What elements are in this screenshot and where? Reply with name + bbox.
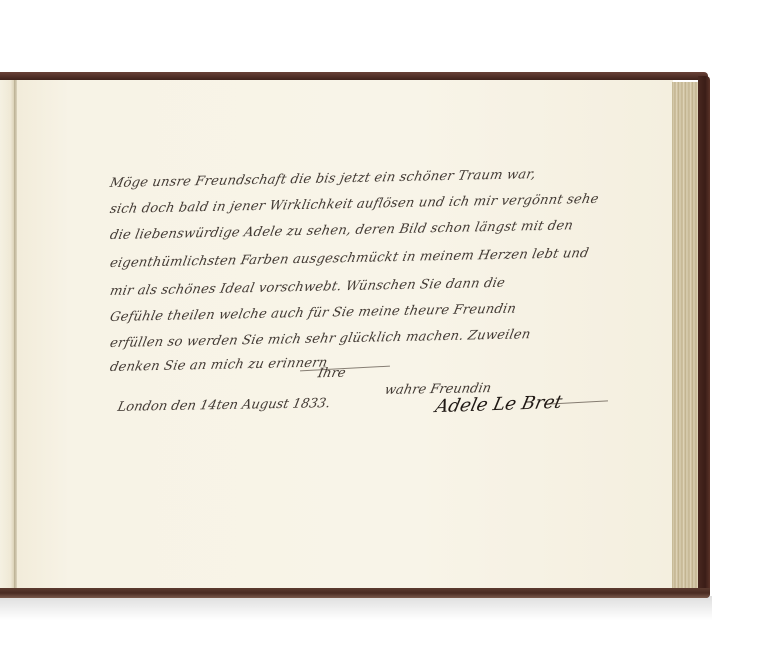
leather-cover-bottom-edge (0, 588, 710, 598)
left-page-edge (0, 80, 15, 588)
closing-ihre: Ihre (316, 366, 346, 381)
album-photo: Möge unsre Freundschaft die bis jetzt ei… (0, 0, 768, 659)
leather-cover-right-edge (698, 76, 710, 598)
leather-cover-top-edge (0, 72, 708, 80)
book-shadow (0, 596, 712, 620)
page-stack-edges (672, 82, 700, 590)
